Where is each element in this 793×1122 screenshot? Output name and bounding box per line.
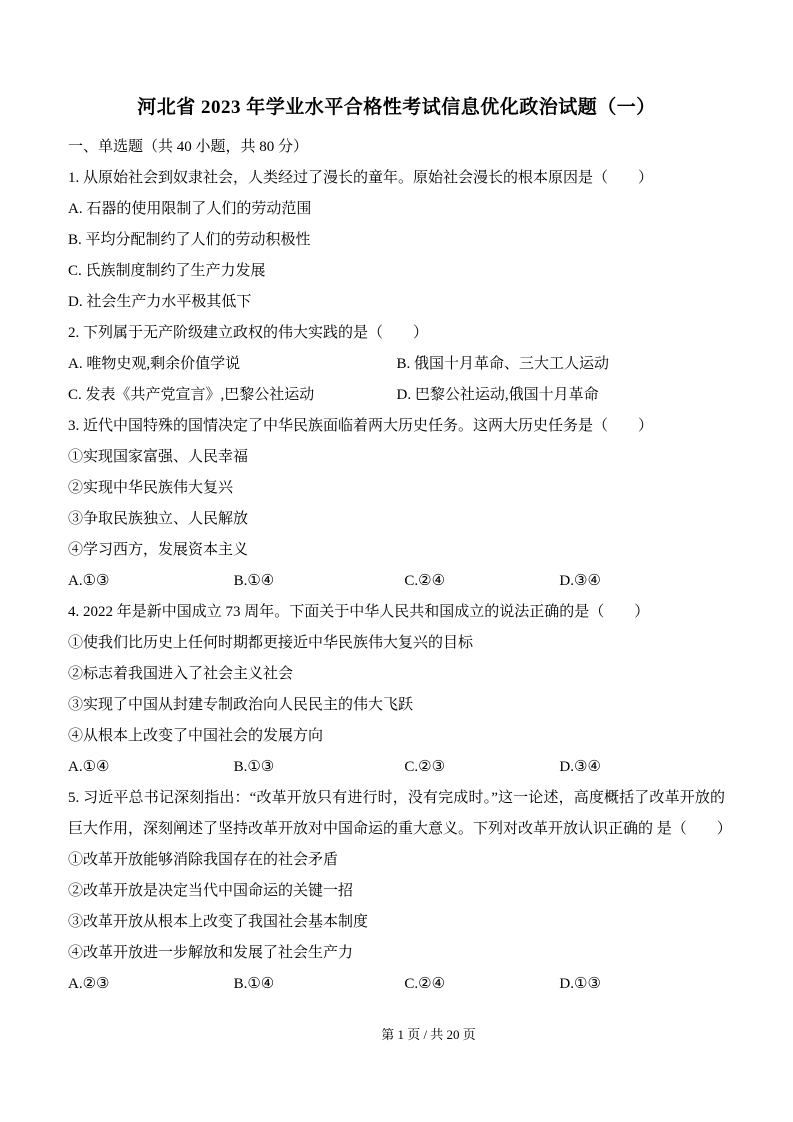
question-option: B.①④ (234, 969, 405, 1000)
section-heading: 一、单选题（共 40 小题，共 80 分） (68, 132, 725, 163)
exam-page: 河北省 2023 年学业水平合格性考试信息优化政治试题（一） 一、单选题（共 4… (0, 0, 793, 1000)
question-option: D. 巴黎公社运动,俄国十月革命 (397, 380, 726, 411)
question-option: A. 石器的使用限制了人们的劳动范围 (68, 194, 725, 225)
question-statement: ③争取民族独立、人民解放 (68, 504, 725, 535)
question-option: A.②③ (68, 969, 234, 1000)
page-footer: 第 1 页 / 共 20 页 (64, 1026, 793, 1044)
question-option: B. 平均分配制约了人们的劳动积极性 (68, 225, 725, 256)
question-statement: ④学习西方，发展资本主义 (68, 535, 725, 566)
question-statement: ③实现了中国从封建专制政治向人民民主的伟大飞跃 (68, 690, 725, 721)
question-option: B.①③ (234, 752, 405, 783)
question-1-stem: 1. 从原始社会到奴隶社会，人类经过了漫长的童年。原始社会漫长的根本原因是（ ） (68, 163, 725, 194)
question-option: B.①④ (234, 566, 405, 597)
options-row: A. 唯物史观,剩余价值学说 B. 俄国十月革命、三大工人运动 (68, 349, 725, 380)
question-statement: ①改革开放能够消除我国存在的社会矛盾 (68, 845, 725, 876)
question-option: D.①③ (559, 969, 725, 1000)
options-row: A.②③ B.①④ C.②④ D.①③ (68, 969, 725, 1000)
question-statement: ③改革开放从根本上改变了我国社会基本制度 (68, 907, 725, 938)
question-option: D.③④ (559, 566, 725, 597)
options-row: A.①④ B.①③ C.②③ D.③④ (68, 752, 725, 783)
question-option: D. 社会生产力水平极其低下 (68, 287, 725, 318)
question-statement: ④改革开放进一步解放和发展了社会生产力 (68, 938, 725, 969)
question-option: A. 唯物史观,剩余价值学说 (68, 349, 397, 380)
question-option: A.①③ (68, 566, 234, 597)
question-3-stem: 3. 近代中国特殊的国情决定了中华民族面临着两大历史任务。这两大历史任务是（ ） (68, 411, 725, 442)
question-option: A.①④ (68, 752, 234, 783)
options-row: A.①③ B.①④ C.②④ D.③④ (68, 566, 725, 597)
question-option: D.③④ (559, 752, 725, 783)
question-2-stem: 2. 下列属于无产阶级建立政权的伟大实践的是（ ） (68, 318, 725, 349)
question-statement: ①实现国家富强、人民幸福 (68, 442, 725, 473)
question-4-stem: 4. 2022 年是新中国成立 73 周年。下面关于中华人民共和国成立的说法正确… (68, 597, 725, 628)
question-option: B. 俄国十月革命、三大工人运动 (397, 349, 726, 380)
question-option: C. 氏族制度制约了生产力发展 (68, 256, 725, 287)
question-statement: ②标志着我国进入了社会主义社会 (68, 659, 725, 690)
options-row: C. 发表《共产党宣言》,巴黎公社运动 D. 巴黎公社运动,俄国十月革命 (68, 380, 725, 411)
question-statement: ①使我们比历史上任何时期都更接近中华民族伟大复兴的目标 (68, 628, 725, 659)
question-statement: ④从根本上改变了中国社会的发展方向 (68, 721, 725, 752)
question-option: C. 发表《共产党宣言》,巴黎公社运动 (68, 380, 397, 411)
question-option: C.②④ (404, 566, 559, 597)
question-option: C.②③ (404, 752, 559, 783)
question-5-stem: 5. 习近平总书记深刻指出：“改革开放只有进行时，没有完成时。”这一论述，高度概… (68, 783, 725, 845)
question-statement: ②实现中华民族伟大复兴 (68, 473, 725, 504)
page-title: 河北省 2023 年学业水平合格性考试信息优化政治试题（一） (68, 94, 725, 122)
question-statement: ②改革开放是决定当代中国命运的关键一招 (68, 876, 725, 907)
question-option: C.②④ (404, 969, 559, 1000)
